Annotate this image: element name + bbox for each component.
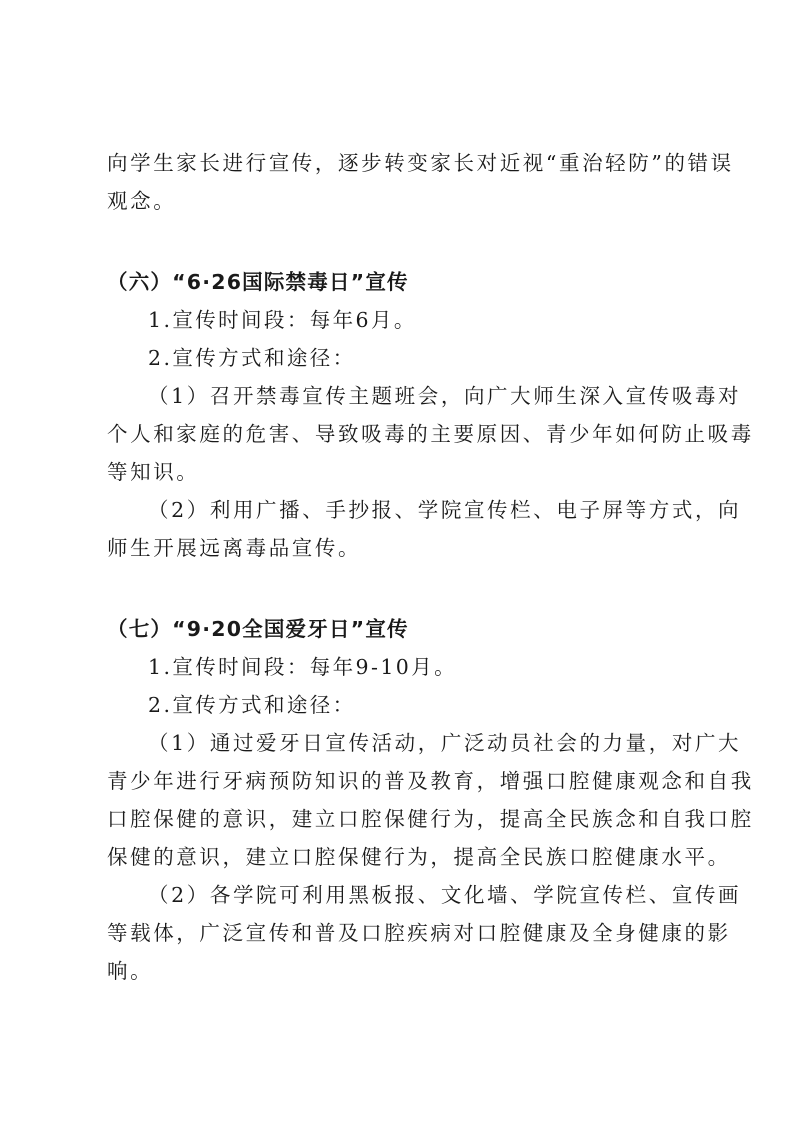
section6-para1-line3: 等知识。 xyxy=(107,460,199,484)
section6-para1-line2: 个人和家庭的危害、导致吸毒的主要原因、青少年如何防止吸毒 xyxy=(107,422,691,446)
section7-para2-line2: 等载体，广泛宣传和普及口腔疾病对口腔健康及全身健康的影 xyxy=(107,921,691,945)
section7-item-time: 1.宣传时间段：每年9-10月。 xyxy=(148,655,457,679)
intro-line-2: 观念。 xyxy=(107,189,176,213)
section6-item-time: 1.宣传时间段：每年6月。 xyxy=(148,308,417,332)
section7-para1-line2: 青少年进行牙病预防知识的普及教育，增强口腔健康观念和自我 xyxy=(107,769,691,793)
section7-item-method: 2.宣传方式和途径： xyxy=(148,693,356,717)
intro-line-1: 向学生家长进行宣传，逐步转变家长对近视“重治轻防”的错误 xyxy=(107,151,691,175)
section7-para2-line1: （2）各学院可利用黑板报、文化墙、学院宣传栏、宣传画 xyxy=(148,883,691,907)
section7-para1-line4: 保健的意识，建立口腔保健行为，提高全民族口腔健康水平。 xyxy=(107,845,731,869)
section-heading-drug-day: （六）“6·26国际禁毒日”宣传 xyxy=(107,270,409,294)
section6-para2-line2: 师生开展远离毒品宣传。 xyxy=(107,536,361,560)
section6-para2-line1: （2）利用广播、手抄报、学院宣传栏、电子屏等方式，向 xyxy=(148,498,691,522)
section7-para1-line3: 口腔保健的意识，建立口腔保健行为，提高全民族念和自我口腔 xyxy=(107,807,691,831)
section-heading-teeth-day: （七）“9·20全国爱牙日”宣传 xyxy=(107,617,409,641)
section6-para1-line1: （1）召开禁毒宣传主题班会，向广大师生深入宣传吸毒对 xyxy=(148,384,691,408)
section6-item-method: 2.宣传方式和途径： xyxy=(148,346,356,370)
section7-para2-line3: 响。 xyxy=(107,959,153,983)
section7-para1-line1: （1）通过爱牙日宣传活动，广泛动员社会的力量，对广大 xyxy=(148,731,691,755)
